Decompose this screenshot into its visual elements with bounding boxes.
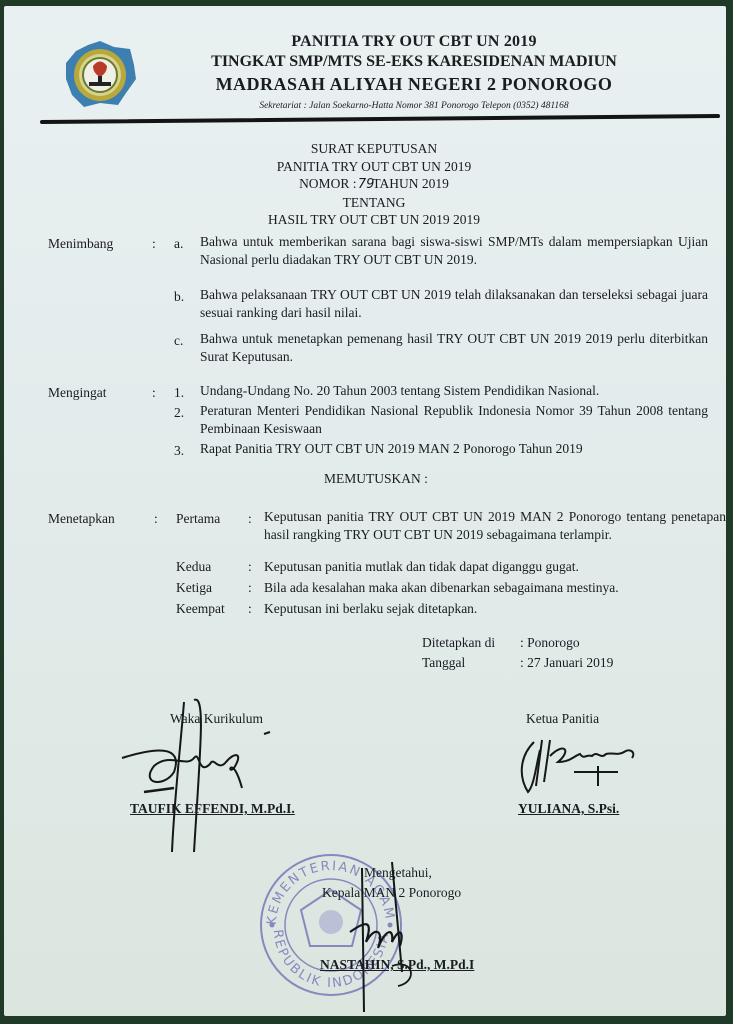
school-emblem-icon xyxy=(62,39,138,109)
issuer: PANITIA TRY OUT CBT UN 2019 xyxy=(184,158,564,176)
letterhead-line1: PANITIA TRY OUT CBT UN 2019 xyxy=(154,32,674,52)
menimbang-marker-b: b. xyxy=(174,288,184,306)
about-label: TENTANG xyxy=(184,194,564,212)
doc-type: SURAT KEPUTUSAN xyxy=(184,140,564,158)
menetapkan-ketiga-label: Ketiga xyxy=(176,579,212,597)
mengingat-marker-1: 1. xyxy=(174,384,184,402)
colon: : xyxy=(248,600,252,618)
decree-number: NOMOR : 79TAHUN 2019 xyxy=(184,175,564,194)
menetapkan-pertama-label: Pertama xyxy=(176,510,220,528)
issued-place-label: Ditetapkan di xyxy=(422,634,495,652)
left-signatory-name: TAUFIK EFFENDI, M.Pd.I. xyxy=(130,800,295,818)
letterhead-line3: MADRASAH ALIYAH NEGERI 2 PONOROGO xyxy=(154,72,674,96)
right-signatory-name: YULIANA, S.Psi. xyxy=(518,800,619,818)
menimbang-item-c: Bahwa untuk menetapkan pemenang hasil TR… xyxy=(200,330,708,366)
mengingat-item-3: Rapat Panitia TRY OUT CBT UN 2019 MAN 2 … xyxy=(200,440,708,458)
signature-bottom-icon xyxy=(344,862,464,1022)
menimbang-item-a: Bahwa untuk memberikan sarana bagi siswa… xyxy=(200,233,708,269)
issued-place-value: : Ponorogo xyxy=(520,634,580,652)
signature-left-icon xyxy=(114,692,274,862)
colon: : xyxy=(248,558,252,576)
colon: : xyxy=(248,510,252,528)
menimbang-marker-c: c. xyxy=(174,332,183,350)
issued-date-label: Tanggal xyxy=(422,654,465,672)
mengingat-marker-2: 2. xyxy=(174,404,184,422)
menetapkan-keempat-label: Keempat xyxy=(176,600,225,618)
menetapkan-kedua-text: Keputusan panitia mutlak dan tidak dapat… xyxy=(264,558,579,576)
mengingat-marker-3: 3. xyxy=(174,442,184,460)
menetapkan-ketiga-text: Bila ada kesalahan maka akan dibenarkan … xyxy=(264,579,619,597)
bottom-signatory-name: NASTAHIN, S.Pd., M.Pd.I xyxy=(320,956,474,974)
right-signatory-role: Ketua Panitia xyxy=(526,710,599,728)
letterhead-address: Sekretariat : Jalan Soekarno-Hatta Nomor… xyxy=(154,98,674,114)
menimbang-marker-a: a. xyxy=(174,235,183,253)
issued-date-value: : 27 Januari 2019 xyxy=(520,654,613,672)
menimbang-sep: : xyxy=(152,235,156,253)
decree-subject: HASIL TRY OUT CBT UN 2019 2019 xyxy=(184,211,564,229)
menimbang-item-b: Bahwa pelaksanaan TRY OUT CBT UN 2019 te… xyxy=(200,286,708,322)
letterhead: PANITIA TRY OUT CBT UN 2019 TINGKAT SMP/… xyxy=(154,32,674,114)
mengingat-label: Mengingat xyxy=(48,384,107,402)
colon: : xyxy=(248,579,252,597)
menetapkan-sep: : xyxy=(154,510,158,528)
letterhead-line2: TINGKAT SMP/MTS SE-EKS KARESIDENAN MADIU… xyxy=(154,52,674,72)
menetapkan-keempat-text: Keputusan ini berlaku sejak ditetapkan. xyxy=(264,600,477,618)
menetapkan-label: Menetapkan xyxy=(48,510,115,528)
menimbang-label: Menimbang xyxy=(48,235,113,253)
mengingat-item-2: Peraturan Menteri Pendidikan Nasional Re… xyxy=(200,402,708,438)
memutuskan-heading: MEMUTUSKAN : xyxy=(324,470,428,488)
menetapkan-kedua-label: Kedua xyxy=(176,558,211,576)
document-page: PANITIA TRY OUT CBT UN 2019 TINGKAT SMP/… xyxy=(4,6,726,1016)
mengingat-sep: : xyxy=(152,384,156,402)
menetapkan-pertama-text: Keputusan panitia TRY OUT CBT UN 2019 MA… xyxy=(264,508,726,544)
mengingat-item-1: Undang-Undang No. 20 Tahun 2003 tentang … xyxy=(200,382,708,400)
decree-title: SURAT KEPUTUSAN PANITIA TRY OUT CBT UN 2… xyxy=(184,140,564,229)
signature-right-icon xyxy=(514,736,644,796)
letterhead-divider xyxy=(40,114,720,124)
